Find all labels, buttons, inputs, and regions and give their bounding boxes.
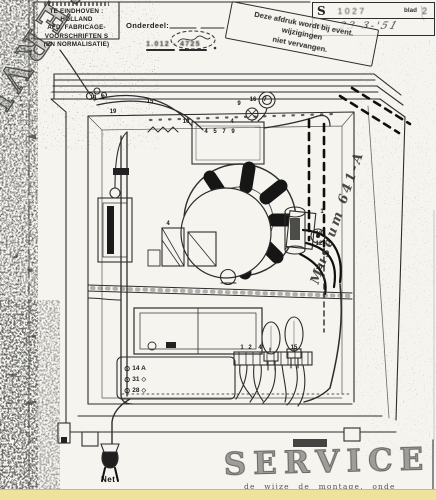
- callout-number: 1: [320, 209, 323, 215]
- cabinet-foot: [82, 432, 98, 446]
- callout-number: 14: [90, 95, 97, 101]
- diamond-icon: ◇: [142, 387, 147, 394]
- panel-row-label: 31: [132, 376, 139, 383]
- diamond-icon: ◇: [142, 376, 147, 383]
- callout-number: 2: [248, 345, 251, 351]
- onderdeel-value: 1.012 - 4725: [146, 39, 201, 48]
- callout-number: 7: [222, 129, 225, 135]
- form-s-label: S: [317, 4, 326, 18]
- callout-number: 5: [213, 129, 216, 135]
- terminal-dot-icon: ⊙: [124, 365, 130, 373]
- service-stamp-bottom: SERVICE: [220, 441, 435, 483]
- onderdeel-label: Onderdeel:: [126, 21, 169, 30]
- callout-number: 9: [101, 95, 104, 101]
- terminal-dot-icon: ⊙: [124, 387, 130, 395]
- terminal-strip: [234, 348, 312, 406]
- callout-number: 15: [147, 99, 154, 105]
- callout-number: 4: [258, 345, 261, 351]
- callout-number: 10: [183, 119, 190, 125]
- callout-number: 15: [291, 345, 298, 351]
- callout-number: 4: [230, 119, 233, 125]
- callout-number: 7: [263, 97, 266, 103]
- power-plug: [101, 399, 130, 481]
- callout-number: 16: [250, 97, 257, 103]
- blad-value: 2: [422, 6, 427, 16]
- scanned-service-document: TE EINDHOVEN : HOLLAND AFD. FABRICAGE- V…: [0, 0, 436, 500]
- panel-row-label: 28: [132, 387, 139, 394]
- cabinet-foot: [344, 428, 360, 441]
- connection-panel-labels: ⊙ 14 A ⊙ 31 ◇ ⊙ 28 ◇: [124, 363, 148, 396]
- callout-number: 19: [110, 109, 117, 115]
- callout-number: 9: [231, 129, 234, 135]
- callout-number: 18: [316, 231, 323, 237]
- terminal-dot-icon: ⊙: [124, 376, 130, 384]
- panel-row: ⊙ 31 ◇: [124, 374, 148, 385]
- callout-number: 1: [240, 345, 243, 351]
- upper-chassis-assembly: [60, 50, 330, 164]
- form-s-number: 1027: [338, 6, 367, 16]
- wiring-diagram-drawing: [0, 0, 436, 500]
- panel-row: ⊙ 14 A: [124, 363, 148, 374]
- scan-edge-strip: [0, 489, 436, 500]
- callout-number: 4: [166, 221, 169, 227]
- panel-row: ⊙ 28 ◇: [124, 385, 148, 396]
- callout-number: 4: [204, 129, 207, 135]
- valve-bulbs: [262, 317, 303, 370]
- callout-number: 9: [237, 101, 240, 107]
- panel-row-label: 14 A: [132, 365, 146, 372]
- blad-label: blad: [404, 7, 417, 14]
- mains-plug-label: Net: [101, 475, 115, 484]
